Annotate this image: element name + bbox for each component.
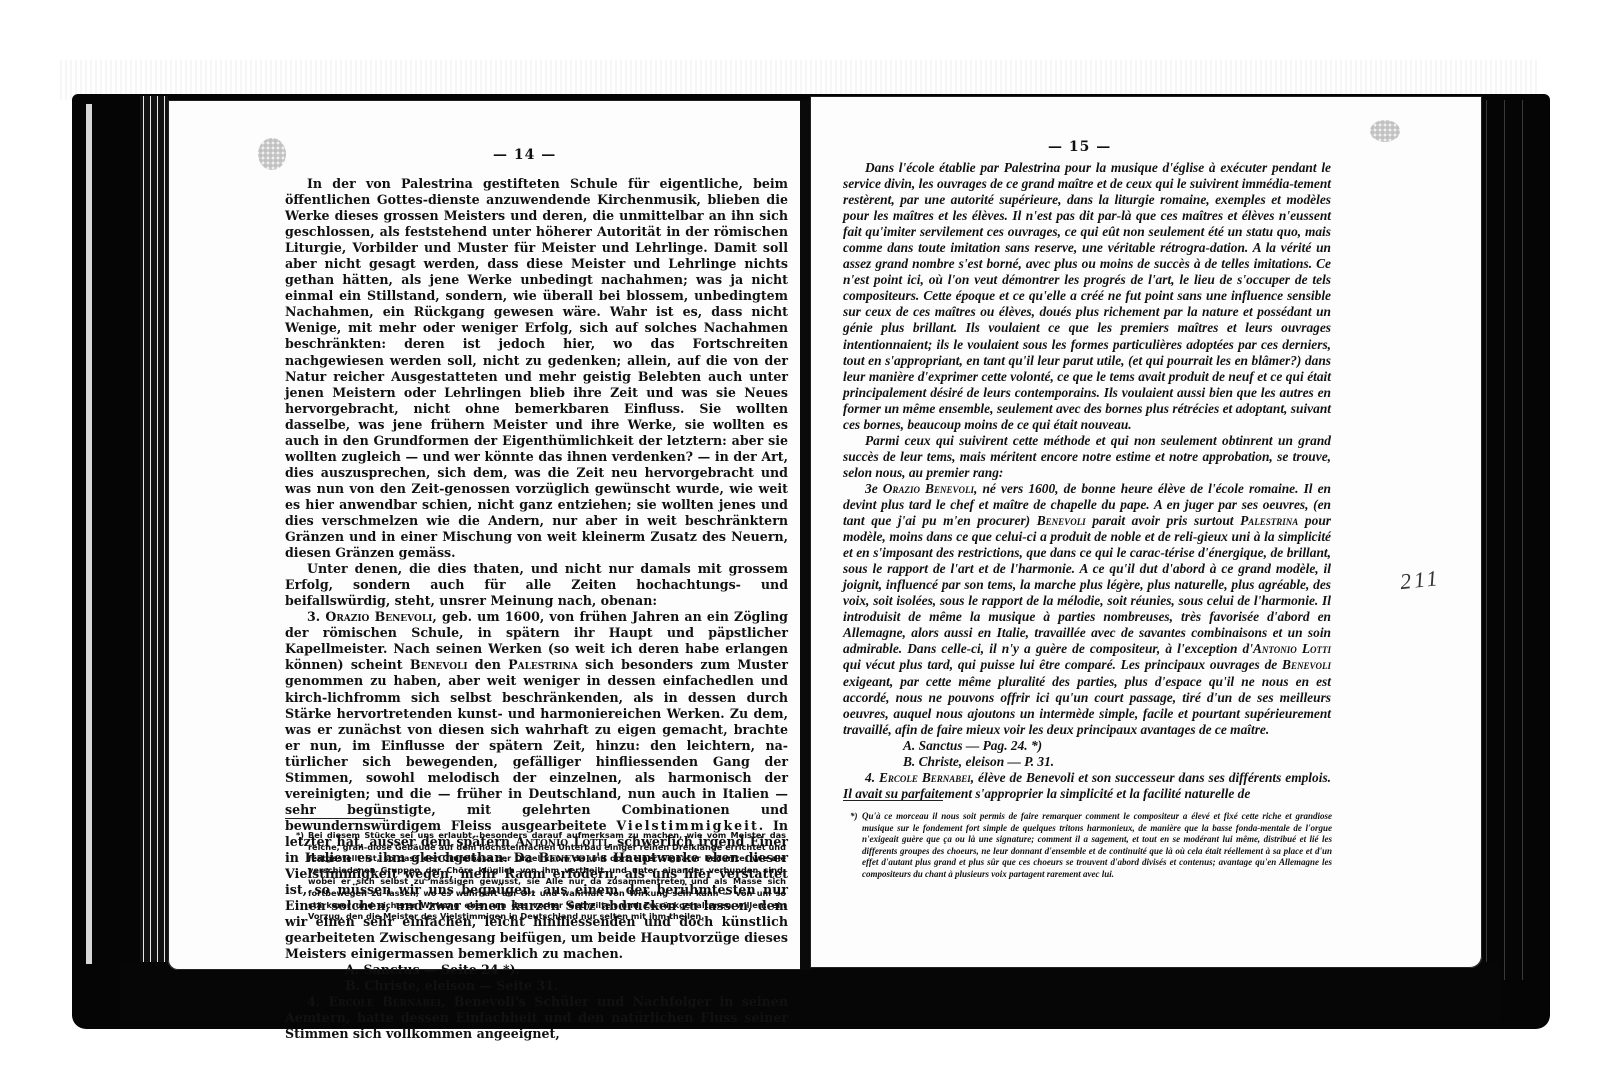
paragraph: Dans l'école établie par Palestrina pour… (843, 160, 1331, 433)
footnote: *) Qu'à ce morceau il nous soit permis d… (862, 811, 1332, 881)
person-name: Benevoli (1037, 513, 1086, 528)
left-page-stack (140, 96, 168, 976)
body-text: Dans l'école établie par Palestrina pour… (843, 160, 1331, 802)
footnote-divider (285, 818, 385, 819)
person-name: Orazio Benevoli (325, 609, 432, 624)
stain-mark (258, 138, 286, 170)
music-example-item: A. Sanctus — Seite 24 *). (285, 962, 788, 978)
stain-mark (1370, 120, 1400, 142)
paragraph: 3e Orazio Benevoli, né vers 1600, de bon… (843, 481, 1331, 738)
music-example-item: A. Sanctus — Pag. 24. *) (843, 738, 1331, 754)
footnote-divider (843, 800, 943, 801)
person-name: Ercole Bernabei (329, 994, 442, 1009)
person-name: Palestrina (508, 657, 578, 672)
paragraph: 4. Ercole Bernabei, élève de Benevoli et… (843, 770, 1331, 802)
paragraph: Unter denen, die dies thaten, und nicht … (285, 561, 788, 609)
right-page-stack (1478, 100, 1538, 980)
person-name: Palestrina (1240, 513, 1298, 528)
page-number: — 14 — (493, 147, 556, 163)
right-page: — 15 — Dans l'école établie par Palestri… (810, 96, 1482, 968)
book-edge-highlight (86, 104, 92, 964)
paragraph: Parmi ceux qui suivirent cette méthode e… (843, 433, 1331, 481)
person-name: Benevoli (410, 657, 468, 672)
person-name: Antonio Lotti (1253, 641, 1331, 656)
footnote: *) Bei diesem Stücke sei uns erlaubt, be… (308, 830, 786, 923)
person-name: Orazio Benevoli (883, 481, 974, 496)
handwritten-margin-note: 211 (1399, 565, 1442, 595)
left-page: — 14 — In der von Palestrina gestifteten… (168, 100, 810, 970)
person-name: Ercole Bernabei (879, 770, 971, 785)
music-example-item: B. Christe, eleison — P. 31. (843, 754, 1331, 770)
music-example-item: B. Christe, eleison — Seite 31. (285, 978, 788, 994)
person-name: Benevoli (1282, 657, 1331, 672)
paragraph: In der von Palestrina gestifteten Schule… (285, 176, 788, 561)
paragraph: 4. Ercole Bernabei, Benevoli's Schüler u… (285, 994, 788, 1042)
footnote-mark: *) (850, 811, 858, 823)
footnote-mark: *) (296, 830, 304, 842)
page-number: — 15 — (1048, 139, 1111, 155)
